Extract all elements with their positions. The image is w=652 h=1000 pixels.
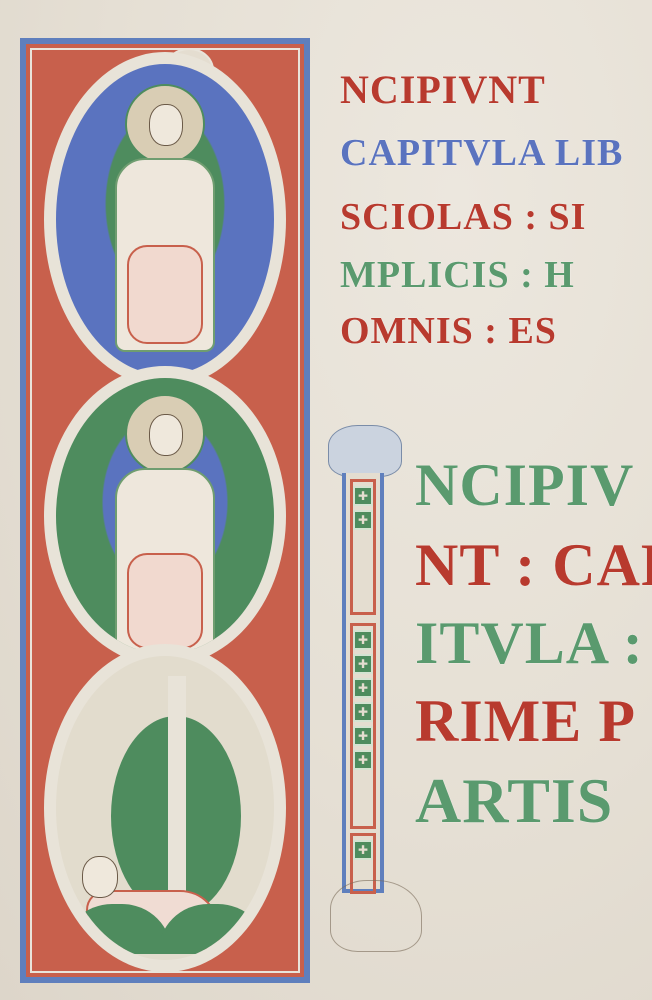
quatrefoil-icon xyxy=(353,486,373,506)
text-line: NT : CAP xyxy=(415,535,652,595)
halo-icon xyxy=(125,84,205,164)
text-line: MPLICIS : H xyxy=(340,256,650,294)
quatrefoil-icon xyxy=(353,750,373,770)
text-line: RIME P xyxy=(415,691,652,751)
text-line: CAPITVLA LIB xyxy=(340,134,650,172)
roundel-second-figure xyxy=(44,366,286,666)
roundel-tree-figure xyxy=(44,644,286,972)
text-block-2: NCIPIV NT : CAP ITVLA : P RIME P ARTIS xyxy=(415,455,652,833)
quatrefoil-icon xyxy=(353,654,373,674)
quatrefoil-icon xyxy=(353,630,373,650)
text-line: NCIPIVNT xyxy=(340,70,650,110)
text-line: OMNIS : ES xyxy=(340,312,650,350)
quatrefoil-icon xyxy=(353,678,373,698)
text-line: NCIPIV xyxy=(415,455,652,515)
lion-mask-icon xyxy=(328,425,402,477)
text-line: ARTIS xyxy=(415,769,652,833)
quatrefoil-icon xyxy=(353,510,373,530)
roundel-christ xyxy=(44,52,286,387)
figure-head xyxy=(82,856,118,898)
robe-red xyxy=(127,553,203,650)
robe xyxy=(115,468,215,657)
quatrefoil-icon xyxy=(353,726,373,746)
face xyxy=(149,104,183,146)
robe xyxy=(115,158,215,352)
shaft-panel xyxy=(350,623,376,829)
halo-icon xyxy=(125,394,205,474)
initial-letter-i xyxy=(328,425,400,895)
illumination-panel xyxy=(20,38,310,983)
second-figure xyxy=(115,394,215,657)
christ-figure xyxy=(115,84,215,352)
initial-shaft xyxy=(342,473,384,893)
text-block-1: NCIPIVNT CAPITVLA LIB SCIOLAS : SI MPLIC… xyxy=(340,70,650,350)
face xyxy=(149,414,183,456)
quatrefoil-icon xyxy=(353,840,373,860)
text-line: ITVLA : P xyxy=(415,613,652,673)
quatrefoil-icon xyxy=(353,702,373,722)
drawn-beast-icon xyxy=(330,880,422,952)
shaft-panel xyxy=(350,479,376,615)
text-line: SCIOLAS : SI xyxy=(340,198,650,236)
mantle xyxy=(127,245,203,344)
